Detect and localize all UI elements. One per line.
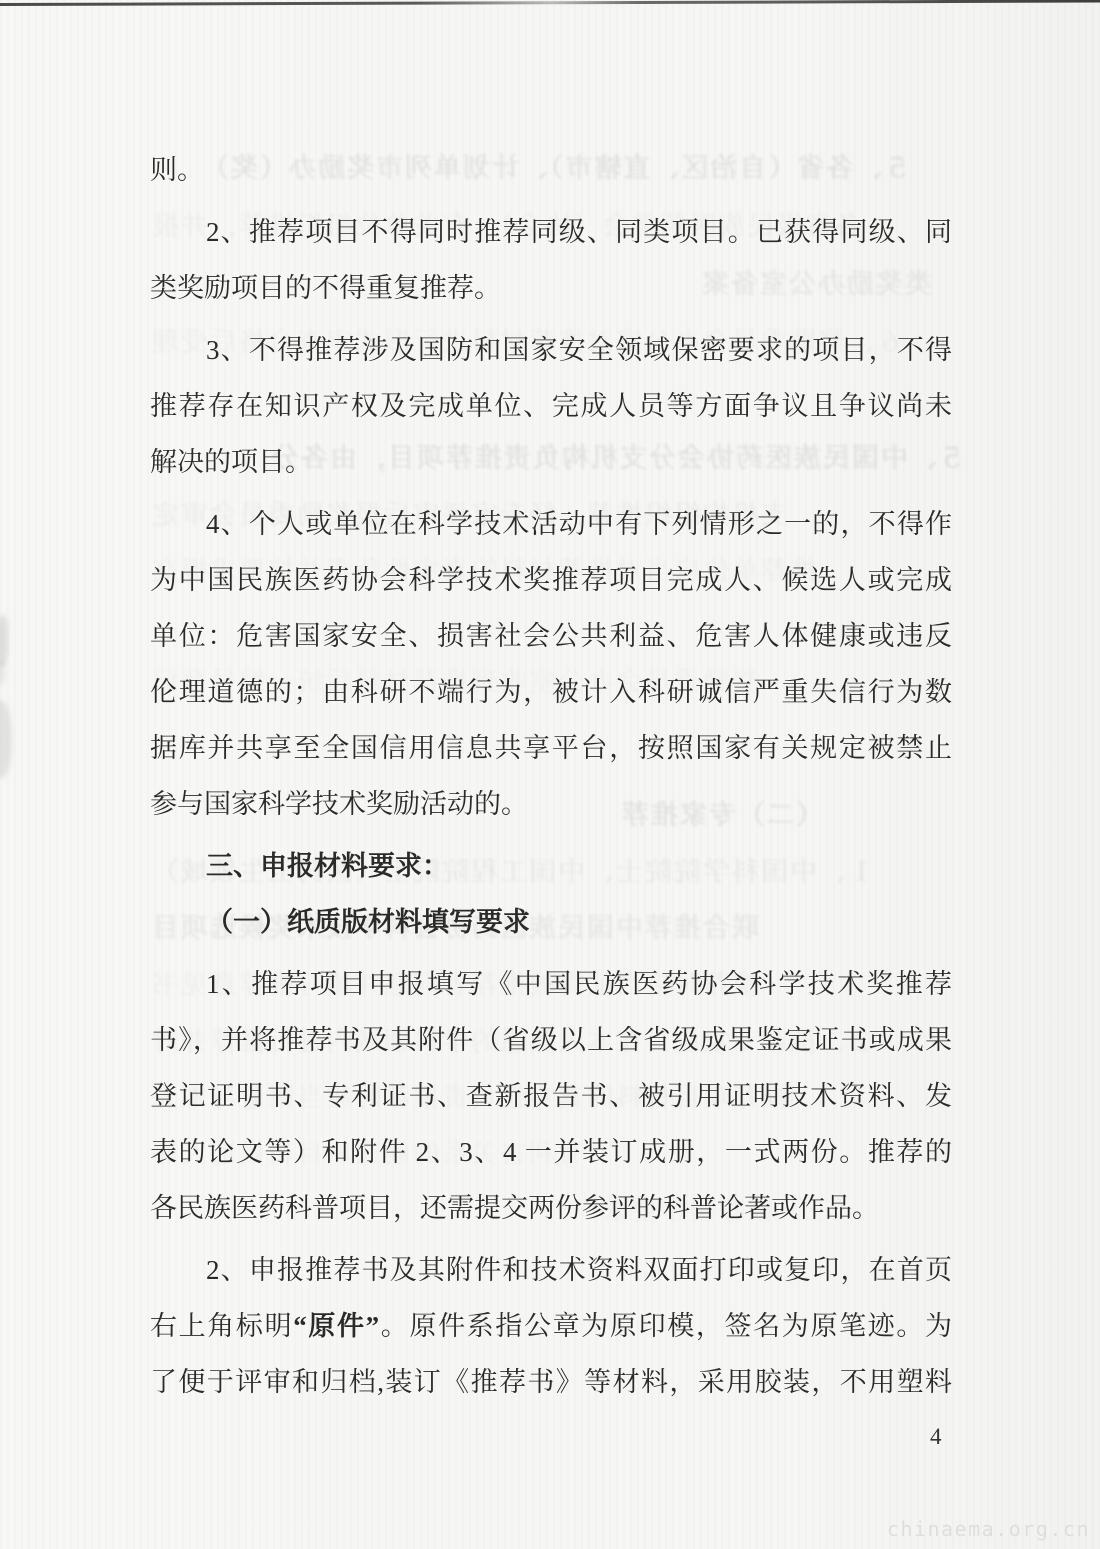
text-segment: 据库并共享至全国信用信息共享平台，按照国家有关规定被禁止 — [150, 733, 952, 763]
text-line: （一）纸质版材料填写要求 — [150, 894, 952, 950]
text-line: 1、推荐项目申报填写《中国民族医药协会科学技术奖推荐 — [150, 956, 952, 1012]
text-line: 了便于评审和归档,装订《推荐书》等材料，采用胶装，不用塑料 — [150, 1354, 952, 1410]
text-line: 参与国家科学技术奖励活动的。 — [150, 776, 952, 832]
text-segment: 书》，并将推荐书及其附件（省级以上含省级成果鉴定证书或成果 — [150, 1025, 952, 1055]
text-segment: 推荐存在知识产权及完成单位、完成人员等方面争议且争议尚未 — [150, 391, 952, 421]
document-text-block: 则。2、推荐项目不得同时推荐同级、同类项目。已获得同级、同类奖励项目的不得重复推… — [150, 142, 952, 1410]
text-segment: 2、申报推荐书及其附件和技术资料双面打印或复印，在首页 — [206, 1255, 952, 1285]
text-segment: 参与国家科学技术奖励活动的。 — [150, 789, 528, 819]
text-segment: 伦理道德的；由科研不端行为，被计入科研诚信严重失信行为数 — [150, 677, 952, 707]
text-segment: 登记证明书、专利证书、查新报告书、被引用证明技术资料、发 — [150, 1081, 952, 1111]
text-line: 4、个人或单位在科学技术活动中有下列情形之一的，不得作 — [150, 496, 952, 552]
text-line: 据库并共享至全国信用信息共享平台，按照国家有关规定被禁止 — [150, 720, 952, 776]
text-line: 伦理道德的；由科研不端行为，被计入科研诚信严重失信行为数 — [150, 664, 952, 720]
text-segment: 4、个人或单位在科学技术活动中有下列情形之一的，不得作 — [206, 509, 952, 539]
text-segment: 为中国民族医药协会科学技术奖推荐项目完成人、候选人或完成 — [150, 565, 952, 595]
text-line: 为中国民族医药协会科学技术奖推荐项目完成人、候选人或完成 — [150, 552, 952, 608]
text-segment: 单位：危害国家安全、损害社会公共利益、危害人体健康或违反 — [150, 621, 952, 651]
text-segment: 。原件系指公章为原印模，签名为原笔迹。为 — [379, 1311, 952, 1341]
text-line: 解决的项目。 — [150, 434, 952, 490]
text-line: 三、申报材料要求： — [150, 838, 952, 894]
text-line: 登记证明书、专利证书、查新报告书、被引用证明技术资料、发 — [150, 1068, 952, 1124]
text-segment: 2、推荐项目不得同时推荐同级、同类项目。已获得同级、同 — [206, 217, 952, 247]
text-segment: 则。 — [150, 155, 204, 185]
text-line: 推荐存在知识产权及完成单位、完成人员等方面争议且争议尚未 — [150, 378, 952, 434]
text-line: 3、不得推荐涉及国防和国家安全领域保密要求的项目，不得 — [150, 322, 952, 378]
scan-edge-artifact — [0, 0, 1100, 6]
bold-text-segment: （一）纸质版材料填写要求 — [206, 907, 530, 937]
text-segment: 了便于评审和归档,装订《推荐书》等材料，采用胶装，不用塑料 — [150, 1367, 952, 1397]
watermark: chinaema.org.cn — [887, 1517, 1090, 1541]
text-segment: 各民族医药科普项目，还需提交两份参评的科普论著或作品。 — [150, 1193, 879, 1223]
text-segment: 解决的项目。 — [150, 447, 312, 477]
bold-text-segment: 三、申报材料要求： — [206, 851, 449, 881]
text-line: 2、推荐项目不得同时推荐同级、同类项目。已获得同级、同 — [150, 204, 952, 260]
text-line: 书》，并将推荐书及其附件（省级以上含省级成果鉴定证书或成果 — [150, 1012, 952, 1068]
document-page: ５、各省（自治区、直辖市）、计划单列市奖励办（奖）各省级民族医药学会（协会）、有… — [0, 0, 1100, 1549]
text-segment: 1、推荐项目申报填写《中国民族医药协会科学技术奖推荐 — [206, 969, 952, 999]
text-line: 2、申报推荐书及其附件和技术资料双面打印或复印，在首页 — [150, 1242, 952, 1298]
scan-smudge — [0, 700, 12, 778]
text-segment: 3、不得推荐涉及国防和国家安全领域保密要求的项目，不得 — [206, 335, 952, 365]
bold-text-segment: “原件” — [293, 1311, 379, 1341]
text-line: 单位：危害国家安全、损害社会公共利益、危害人体健康或违反 — [150, 608, 952, 664]
text-line: 则。 — [150, 142, 952, 198]
text-segment: 类奖励项目的不得重复推荐。 — [150, 273, 501, 303]
text-line: 类奖励项目的不得重复推荐。 — [150, 260, 952, 316]
text-segment: 右上角标明 — [150, 1311, 293, 1341]
text-segment: 表的论文等）和附件 2、3、4 一并装订成册，一式两份。推荐的 — [150, 1137, 952, 1167]
page-number: 4 — [930, 1424, 942, 1450]
text-line: 表的论文等）和附件 2、3、4 一并装订成册，一式两份。推荐的 — [150, 1124, 952, 1180]
text-line: 各民族医药科普项目，还需提交两份参评的科普论著或作品。 — [150, 1180, 952, 1236]
text-line: 右上角标明“原件”。原件系指公章为原印模，签名为原笔迹。为 — [150, 1298, 952, 1354]
